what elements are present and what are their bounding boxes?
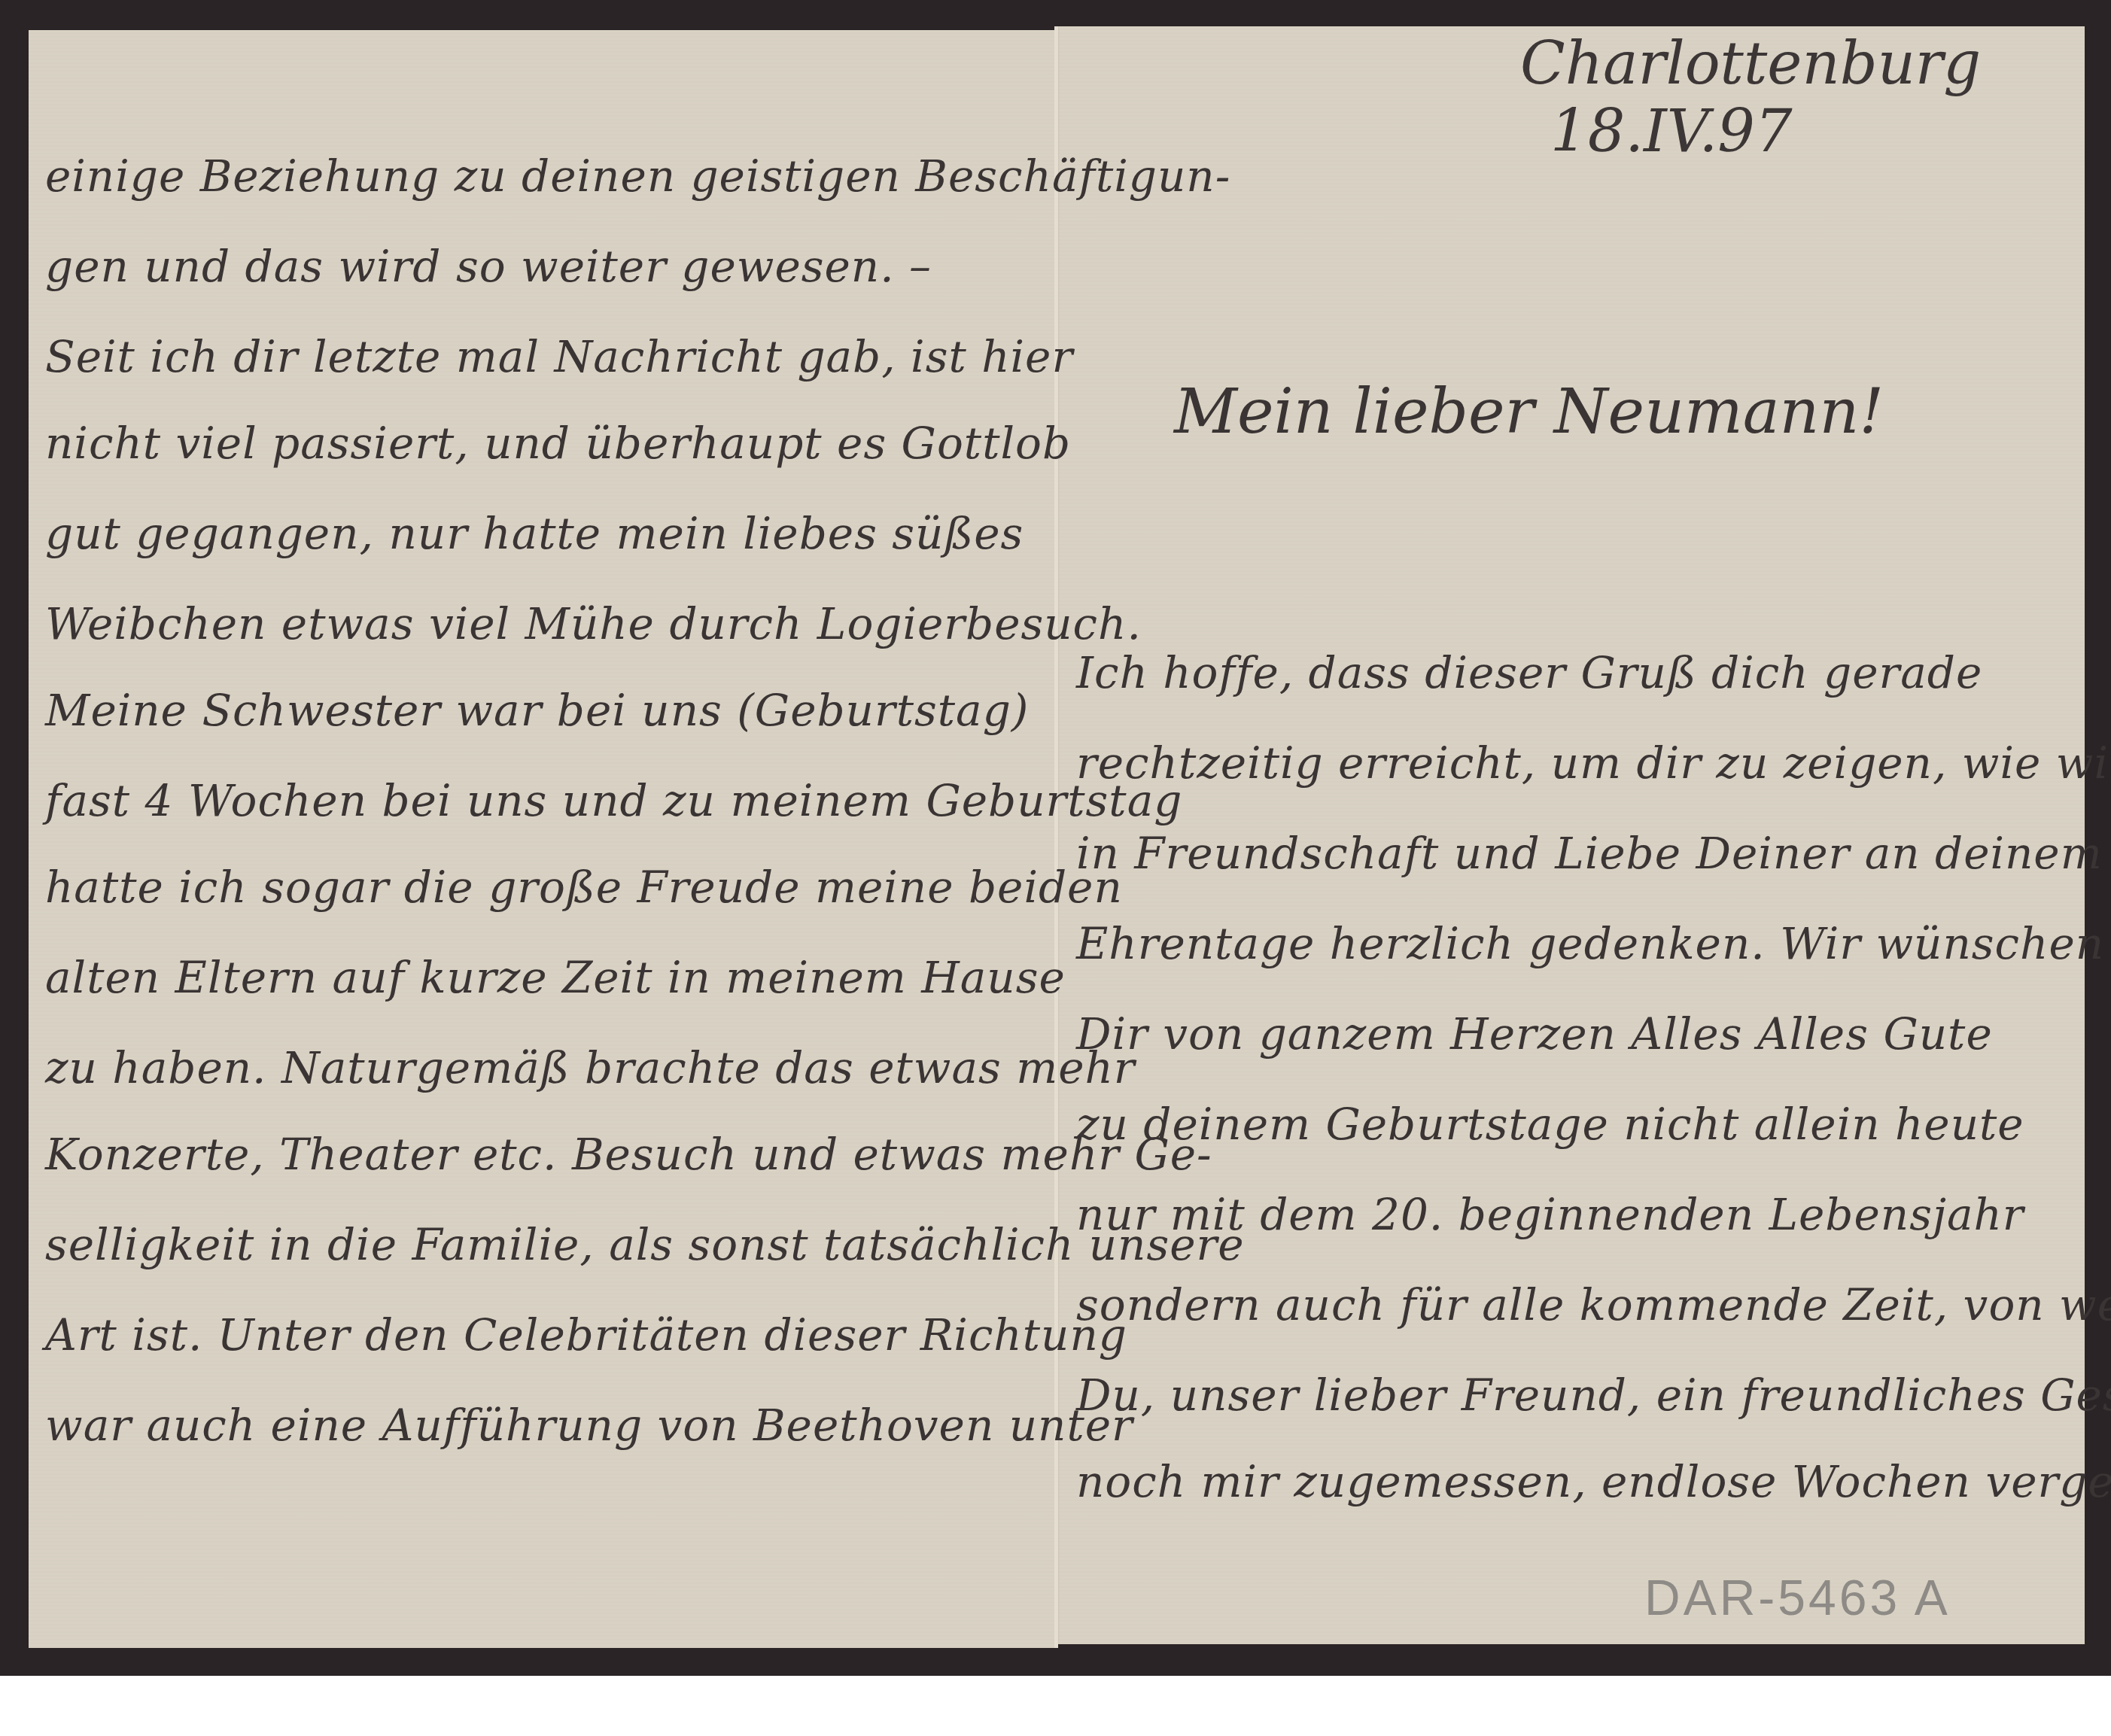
text-line: Weibchen etwas viel Mühe durch Logierbes… [45,598,1142,649]
text-line: gen und das wird so weiter gewesen. – [45,241,932,292]
text-line: Konzerte, Theater etc. Besuch und etwas … [45,1129,1212,1180]
text-line: Ich hoffe, dass dieser Gruß dich gerade [1076,647,1982,698]
text-line: noch mir zugemessen, endlose Wochen verg… [1076,1456,2111,1507]
letter-place: Charlottenburg [1520,30,1981,98]
text-line: gut gegangen, nur hatte mein liebes süße… [45,508,1024,559]
text-line: Meine Schwester war bei uns (Geburtstag) [45,685,1029,736]
text-line: einige Beziehung zu deinen geistigen Bes… [45,150,1230,202]
text-line: nicht viel passiert, und überhaupt es Go… [45,418,1071,469]
text-line: sondern auch für alle kommende Zeit, von… [1076,1279,2111,1330]
text-line: Art ist. Unter den Celebritäten dieser R… [45,1309,1127,1361]
text-line: fast 4 Wochen bei uns und zu meinem Gebu… [45,775,1182,826]
text-line: rechtzeitig erreicht, um dir zu zeigen, … [1076,737,2111,789]
text-line: Seit ich dir letzte mal Nachricht gab, i… [45,331,1073,382]
text-line: alten Eltern auf kurze Zeit in meinem Ha… [45,952,1066,1003]
text-line: zu deinem Geburtstage nicht allein heute [1076,1099,2024,1150]
text-line: selligkeit in die Familie, als sonst tat… [45,1219,1245,1270]
text-line: Du, unser lieber Freund, ein freundliche… [1076,1370,2111,1421]
text-line: war auch eine Aufführung von Beethoven u… [45,1400,1133,1451]
text-line: nur mit dem 20. beginnenden Lebensjahr [1076,1189,2024,1240]
text-line: Ehrentage herzlich gedenken. Wir wünsche… [1076,918,2104,969]
archive-reference-mark: DAR-5463 A [1644,1569,1951,1626]
text-line: Dir von ganzem Herzen Alles Alles Gute [1076,1008,1993,1060]
text-line: hatte ich sogar die große Freude meine b… [45,862,1123,913]
text-line: zu haben. Naturgemäß brachte das etwas m… [45,1042,1136,1093]
letter-salutation: Mein lieber Neumann! [1174,376,1884,448]
letter-date: 18.IV.97 [1550,98,1793,166]
letter-dateline: Charlottenburg 18.IV.97 [1520,30,2111,166]
text-line: in Freundschaft und Liebe Deiner an dein… [1076,828,2103,879]
